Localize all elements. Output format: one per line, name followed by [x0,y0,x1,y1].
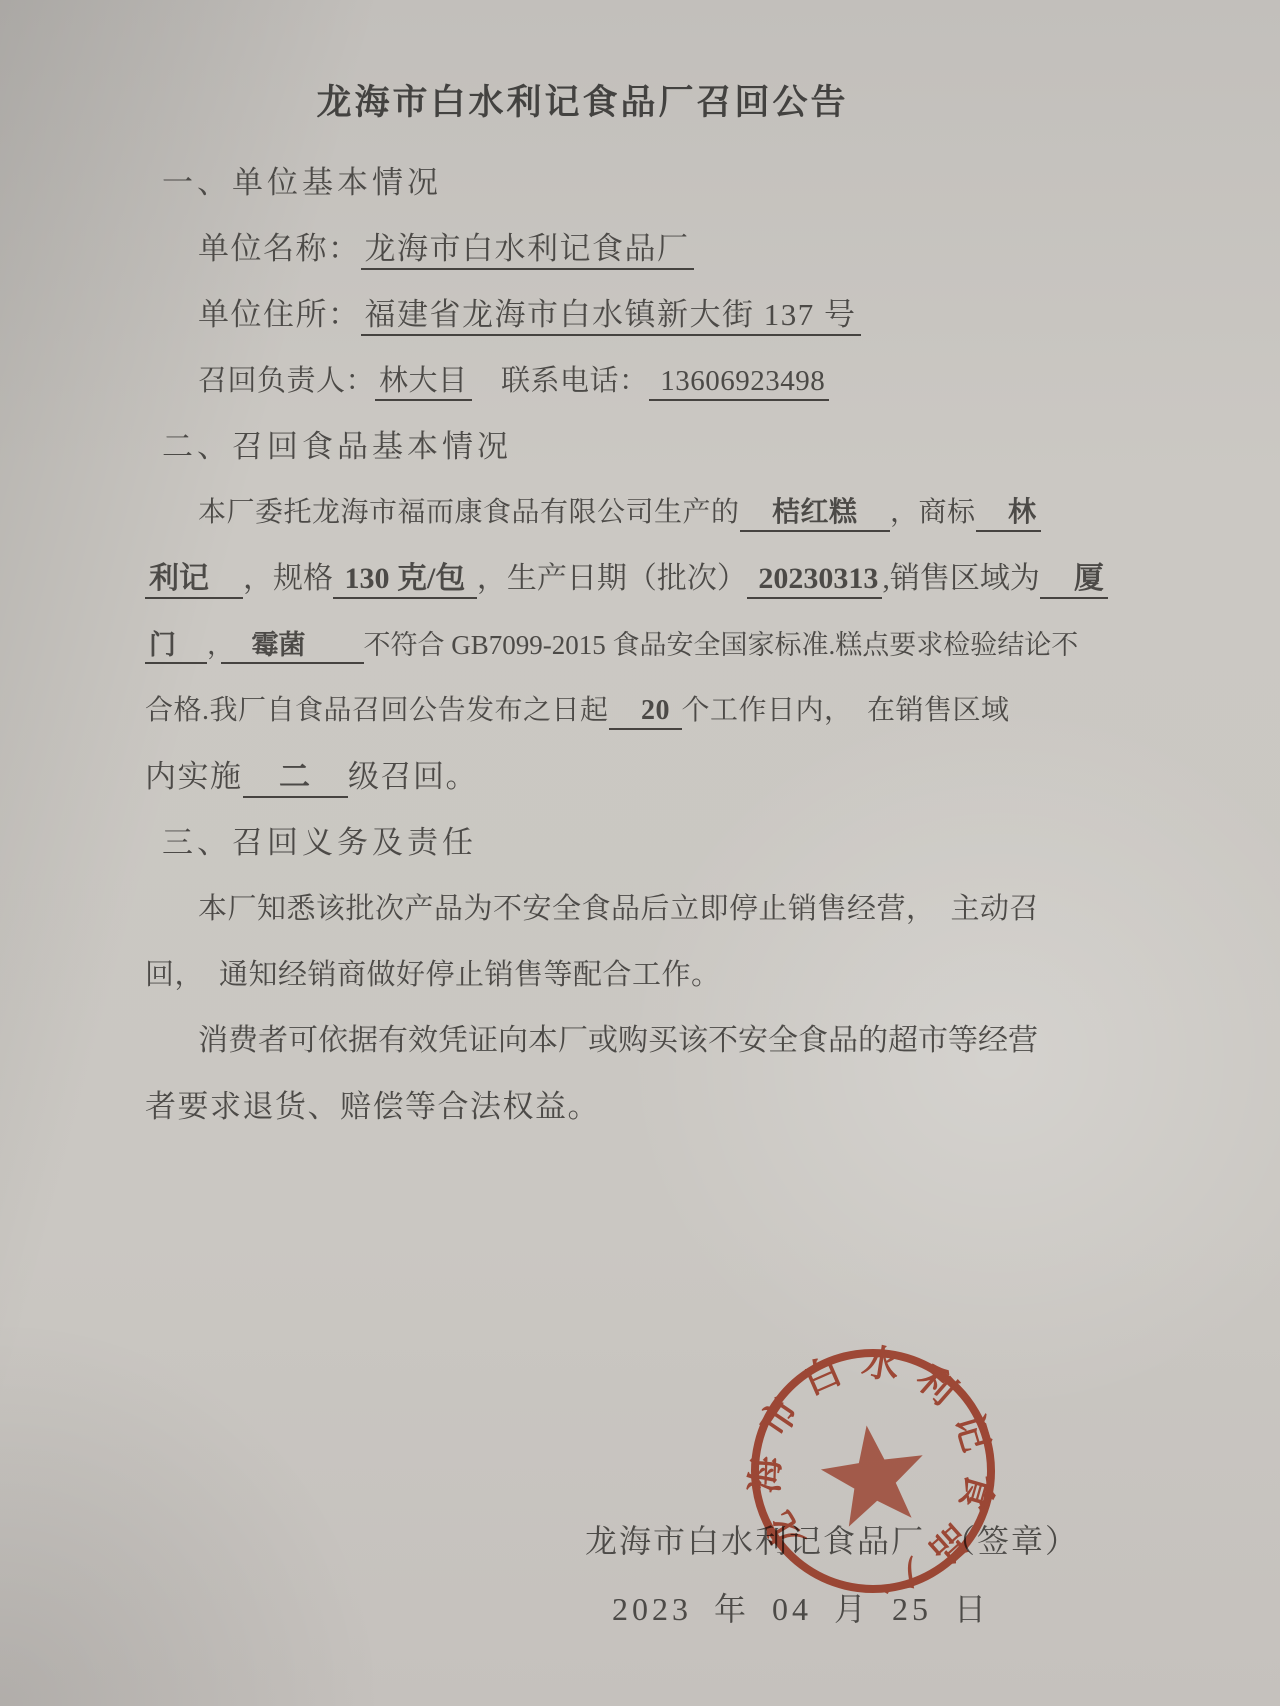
blank-field: 二 [243,759,349,798]
blank-field: 霉菌 [221,630,364,664]
blank-field: 门 [145,630,207,664]
text-segment: 本厂委托龙海市福而康食品有限公司生产的 [198,497,740,528]
blank-field: 福建省龙海市白水镇新大街 137 号 [361,297,861,336]
doc-line: 本厂知悉该批次产品为不安全食品后立即停止销售经营， 主动召 [0,876,1280,942]
doc-line: 二、召回食品基本情况 [0,414,1280,480]
text-segment: 一、单位基本情况 [162,165,442,200]
document-page: 龙海市白水利记食品厂召回公告 一、单位基本情况单位名称：龙海市白水利记食品厂单位… [0,0,1280,1706]
doc-lines: 一、单位基本情况单位名称：龙海市白水利记食品厂单位住所：福建省龙海市白水镇新大街… [0,150,1280,1140]
doc-line: 合格.我厂自食品召回公告发布之日起 20 个工作日内， 在销售区域 [0,678,1280,744]
doc-line: 本厂委托龙海市福而康食品有限公司生产的 桔红糕 ，商标 林 [0,480,1280,546]
text-segment: ，规格 [243,562,333,595]
doc-line: 内实施 二 级召回。 [0,744,1280,810]
blank-field: 林 [976,497,1041,532]
text-segment: 者要求退货、赔偿等合法权益。 [145,1089,600,1124]
doc-line: 消费者可依据有效凭证向本厂或购买该不安全食品的超市等经营 [0,1008,1280,1074]
text-segment: 本厂知悉该批次产品为不安全食品后立即停止销售经营， 主动召 [198,893,1039,925]
doc-line: 门 ， 霉菌 不符合 GB7099-2015 食品安全国家标准.糕点要求检验结论… [0,612,1280,678]
doc-line: 单位住所：福建省龙海市白水镇新大街 137 号 [0,282,1280,348]
star-icon [816,1418,931,1529]
blank-field: 13606923498 [649,365,830,401]
doc-title: 龙海市白水利记食品厂召回公告 [145,70,1020,136]
text-segment: 单位名称： [198,231,361,266]
blank-field: 龙海市白水利记食品厂 [361,231,694,270]
text-segment: ，商标 [890,497,976,528]
blank-field: 林大目 [375,365,472,401]
text-segment: 二、召回食品基本情况 [162,429,512,464]
company-seal: 龙海市白水利记食品厂 [723,1321,1023,1621]
blank-field: 20230313 [747,562,883,599]
text-segment: 内实施 [145,759,243,794]
text-segment: 消费者可依据有效凭证向本厂或购买该不安全食品的超市等经营 [198,1024,1038,1057]
text-segment: 个工作日内， 在销售区域 [682,695,1010,726]
doc-line: 三、召回义务及责任 [0,810,1280,876]
text-segment: 联系电话： [472,365,649,397]
text-segment: 回， 通知经销商做好停止销售等配合工作。 [145,959,721,991]
doc-line: 利记 ，规格 130 克/包 ，生产日期（批次） 20230313,销售区域为 … [0,546,1280,612]
blank-field: 桔红糕 [740,497,891,532]
blank-field: 20 [609,695,682,730]
text-segment: 三、召回义务及责任 [162,825,477,860]
text-segment: ， [207,630,221,660]
blank-field: 厦 [1040,562,1108,599]
blank-field: 130 克/包 [333,562,477,599]
text-segment: ,销售区域为 [882,562,1040,595]
blank-field: 利记 [145,562,243,599]
doc-line: 者要求退货、赔偿等合法权益。 [0,1074,1280,1140]
text-segment: 合格.我厂自食品召回公告发布之日起 [145,695,609,726]
text-segment: ，生产日期（批次） [477,562,747,595]
text-segment: 召回负责人： [198,365,375,397]
text-segment: 不符合 GB7099-2015 食品安全国家标准.糕点要求检验结论不 [364,630,1079,660]
doc-line: 召回负责人：林大目 联系电话： 13606923498 [0,348,1280,414]
text-segment: 级召回。 [348,759,478,794]
doc-line: 单位名称：龙海市白水利记食品厂 [0,216,1280,282]
text-segment: 单位住所： [198,297,361,332]
doc-line: 一、单位基本情况 [0,150,1280,216]
doc-line: 回， 通知经销商做好停止销售等配合工作。 [0,942,1280,1008]
